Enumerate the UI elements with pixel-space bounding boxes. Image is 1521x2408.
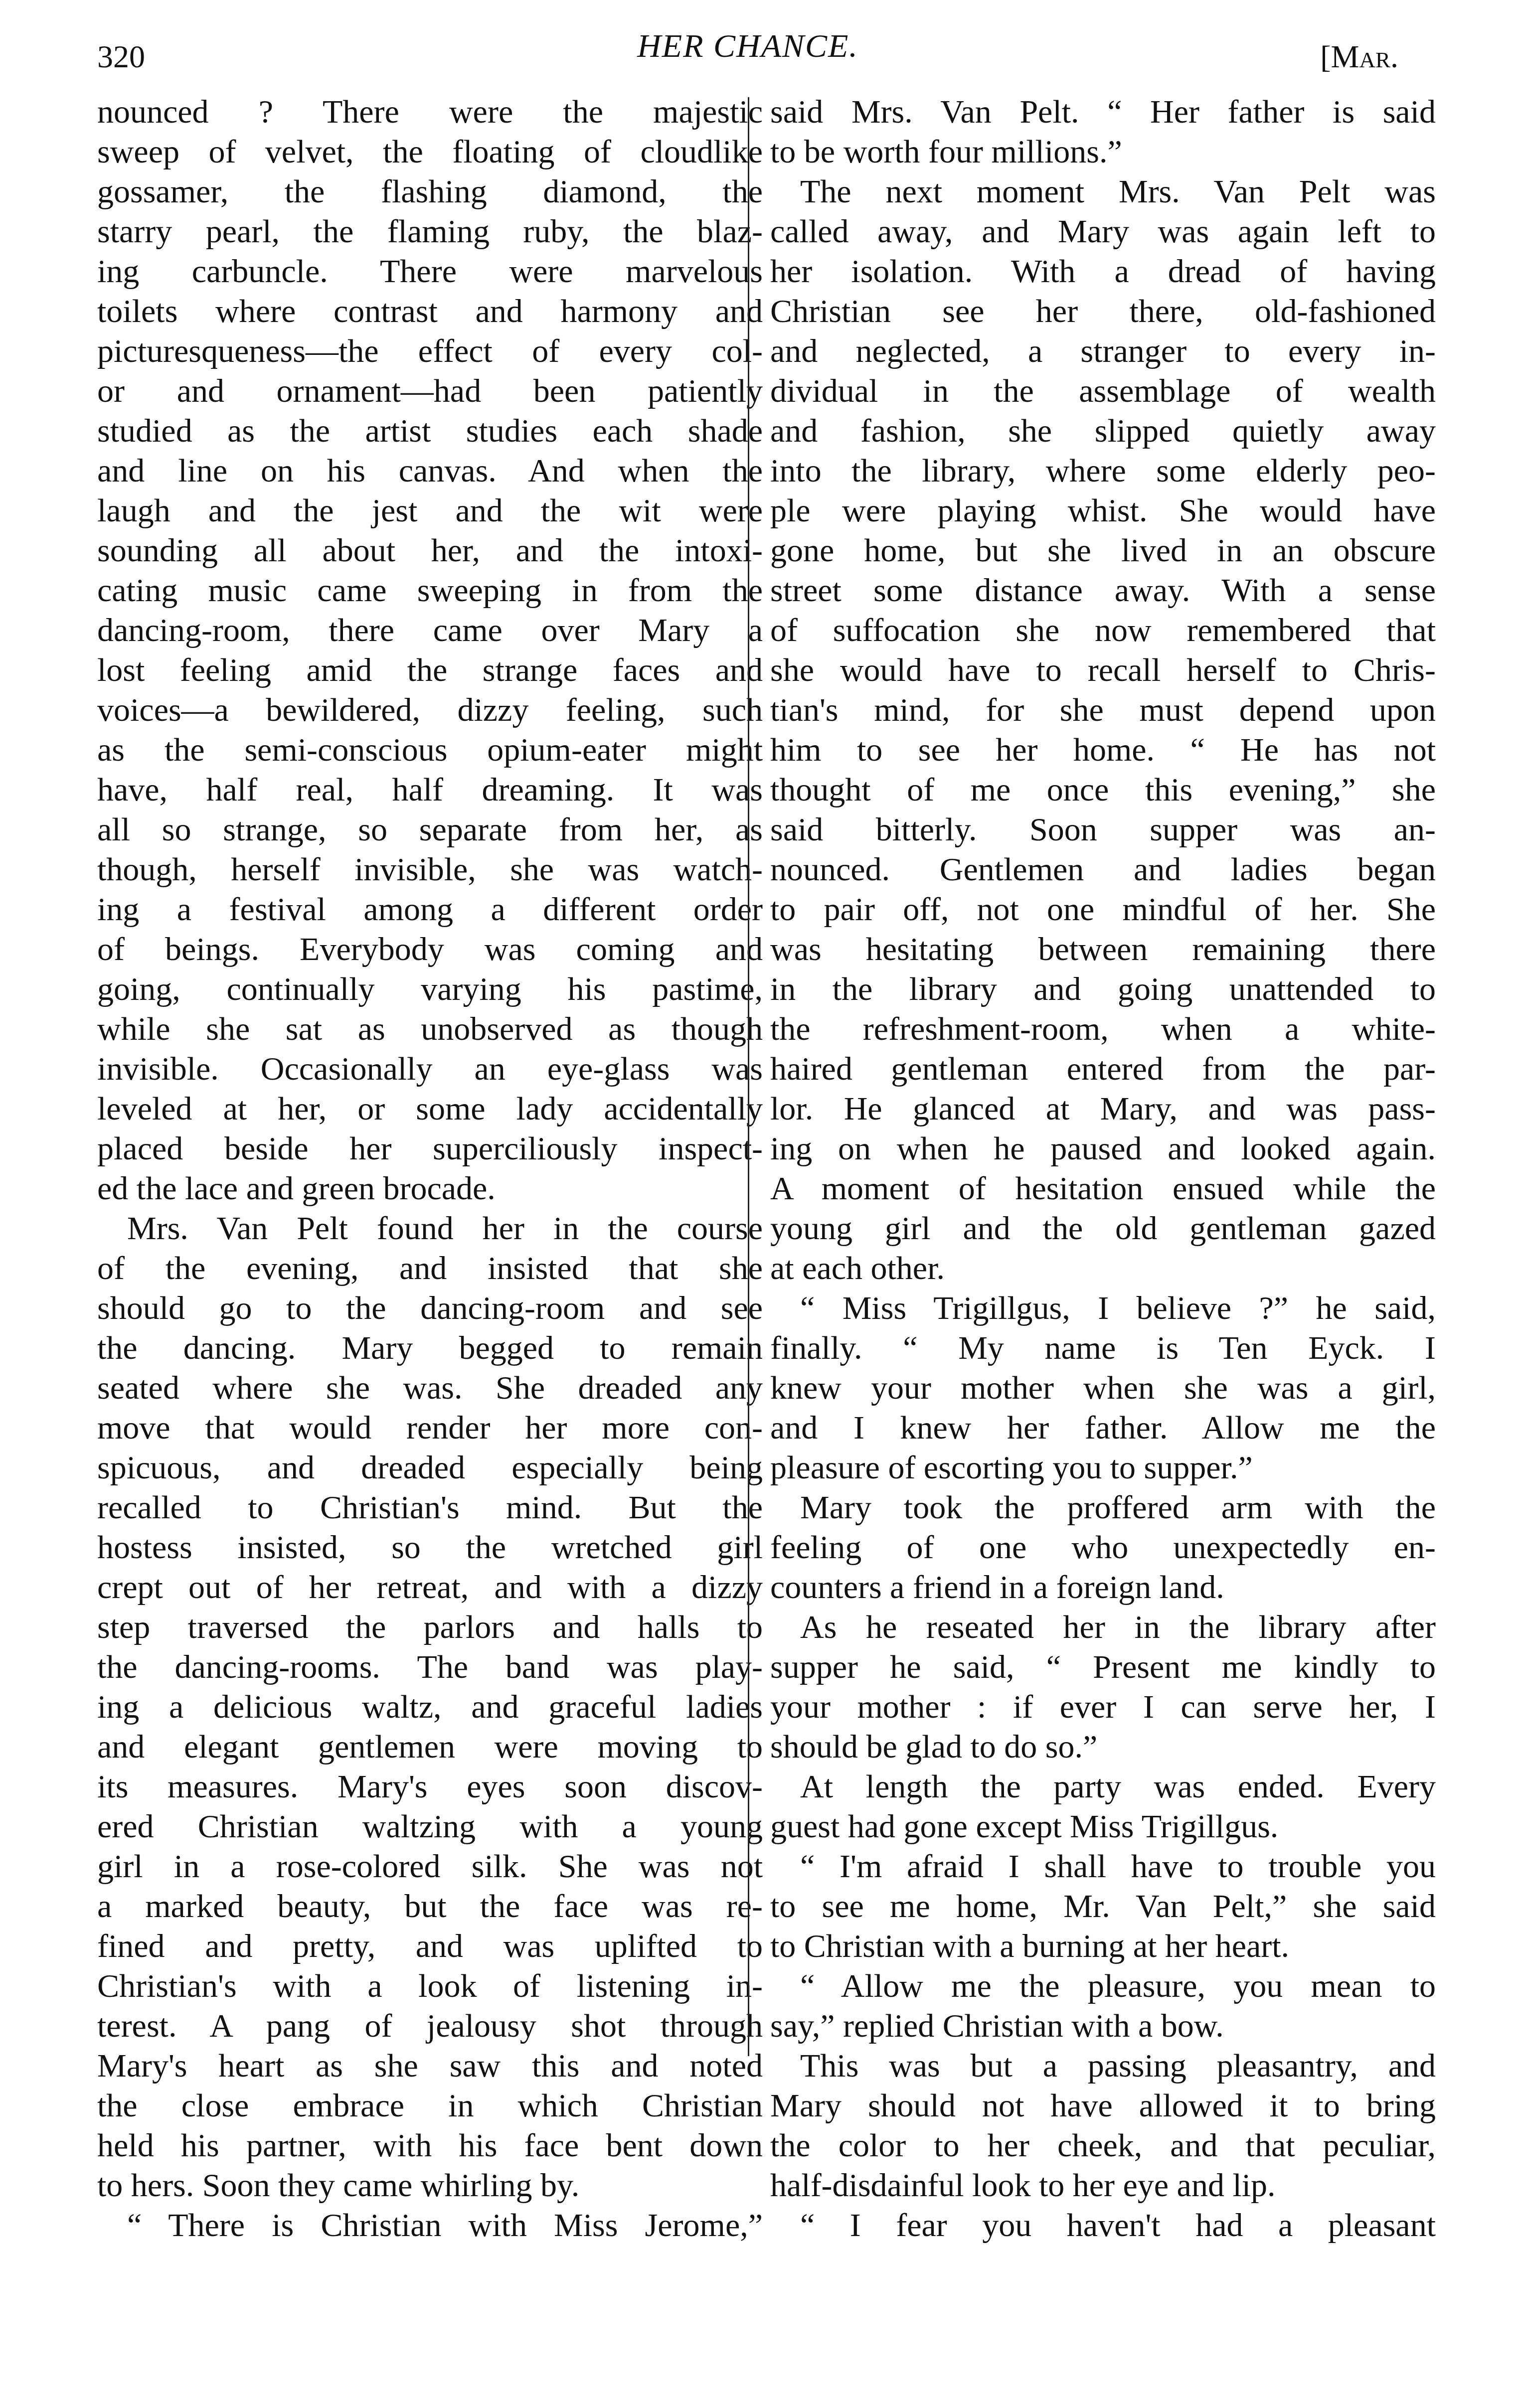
text-line: nounced ? There were the majestic: [97, 92, 763, 132]
text-line: As he reseated her in the library after: [770, 1607, 1436, 1647]
text-line: ing a festival among a different order: [97, 890, 763, 930]
text-line: Mary took the proffered arm with the: [770, 1488, 1436, 1528]
text-line: This was but a passing pleasantry, and: [770, 2046, 1436, 2086]
text-line: “ There is Christian with Miss Jerome,”: [97, 2206, 763, 2246]
running-title: HER CHANCE.: [97, 27, 1398, 65]
text-line: ing a delicious waltz, and graceful ladi…: [97, 1687, 763, 1727]
text-line: gossamer, the flashing diamond, the: [97, 172, 763, 212]
text-line: Christian's with a look of listening in-: [97, 1966, 763, 2006]
text-line: the dancing-rooms. The band was play-: [97, 1647, 763, 1687]
text-line: Mary should not have allowed it to bring: [770, 2086, 1436, 2126]
text-line: step traversed the parlors and halls to: [97, 1607, 763, 1647]
text-line: though, herself invisible, she was watch…: [97, 850, 763, 890]
text-line: tian's mind, for she must depend upon: [770, 690, 1436, 730]
text-line: “ Allow me the pleasure, you mean to: [770, 1966, 1436, 2006]
text-line: to pair off, not one mindful of her. She: [770, 890, 1436, 930]
text-line: the color to her cheek, and that peculia…: [770, 2126, 1436, 2166]
text-line: Christian see her there, old-fashioned: [770, 292, 1436, 331]
text-line: while she sat as unobserved as though: [97, 1009, 763, 1049]
text-line: gone home, but she lived in an obscure: [770, 531, 1436, 571]
text-line: At length the party was ended. Every: [770, 1767, 1436, 1807]
text-line: held his partner, with his face bent dow…: [97, 2126, 763, 2166]
text-line: of suffocation she now remembered that: [770, 611, 1436, 650]
column-divider: [748, 97, 749, 2056]
section-mark: [Mar.: [1320, 38, 1398, 75]
text-line: sounding all about her, and the intoxi-: [97, 531, 763, 571]
text-line: starry pearl, the flaming ruby, the blaz…: [97, 212, 763, 252]
text-line: should be glad to do so.”: [770, 1727, 1436, 1767]
text-line: a marked beauty, but the face was re-: [97, 1887, 763, 1926]
text-line: seated where she was. She dreaded any: [97, 1368, 763, 1408]
text-line: as the semi-conscious opium-eater might: [97, 730, 763, 770]
text-line: the dancing. Mary begged to remain: [97, 1328, 763, 1368]
right-column: said Mrs. Van Pelt. “ Her father is said…: [770, 92, 1436, 2246]
text-line: your mother : if ever I can serve her, I: [770, 1687, 1436, 1727]
text-line: leveled at her, or some lady accidentall…: [97, 1089, 763, 1129]
text-line: supper he said, “ Present me kindly to: [770, 1647, 1436, 1687]
text-line: move that would render her more con-: [97, 1408, 763, 1448]
text-line: dividual in the assemblage of wealth: [770, 371, 1436, 411]
text-line: was hesitating between remaining there: [770, 930, 1436, 969]
text-line: all so strange, so separate from her, as: [97, 810, 763, 850]
text-line: placed beside her superciliously inspect…: [97, 1129, 763, 1169]
text-line: and elegant gentlemen were moving to: [97, 1727, 763, 1767]
text-line: The next moment Mrs. Van Pelt was: [770, 172, 1436, 212]
text-line: sweep of velvet, the floating of cloudli…: [97, 132, 763, 172]
text-line: the close embrace in which Christian: [97, 2086, 763, 2126]
text-line: lost feeling amid the strange faces and: [97, 650, 763, 690]
text-line: fined and pretty, and was uplifted to: [97, 1926, 763, 1966]
text-line: of beings. Everybody was coming and: [97, 930, 763, 969]
text-line: Mary's heart as she saw this and noted: [97, 2046, 763, 2086]
text-line: recalled to Christian's mind. But the: [97, 1488, 763, 1528]
text-line: “ I'm afraid I shall have to trouble you: [770, 1847, 1436, 1887]
text-line: girl in a rose-colored silk. She was not: [97, 1847, 763, 1887]
text-line: her isolation. With a dread of having: [770, 252, 1436, 292]
text-line: nounced. Gentlemen and ladies began: [770, 850, 1436, 890]
text-line: going, continually varying his pastime,: [97, 969, 763, 1009]
text-line: voices—a bewildered, dizzy feeling, such: [97, 690, 763, 730]
text-line: invisible. Occasionally an eye-glass was: [97, 1049, 763, 1089]
text-line: guest had gone except Miss Trigillgus.: [770, 1807, 1436, 1847]
text-line: dancing-room, there came over Mary a: [97, 611, 763, 650]
text-line: toilets where contrast and harmony and: [97, 292, 763, 331]
text-line: half-disdainful look to her eye and lip.: [770, 2166, 1436, 2206]
text-line: have, half real, half dreaming. It was: [97, 770, 763, 810]
text-line: to hers. Soon they came whirling by.: [97, 2166, 763, 2206]
text-line: pleasure of escorting you to supper.”: [770, 1448, 1436, 1488]
text-line: called away, and Mary was again left to: [770, 212, 1436, 252]
text-line: ing on when he paused and looked again.: [770, 1129, 1436, 1169]
text-line: its measures. Mary's eyes soon discov-: [97, 1767, 763, 1807]
text-line: “ I fear you haven't had a pleasant: [770, 2206, 1436, 2246]
text-line: in the library and going unattended to: [770, 969, 1436, 1009]
text-line: of the evening, and insisted that she: [97, 1249, 763, 1288]
text-line: him to see her home. “ He has not: [770, 730, 1436, 770]
text-line: “ Miss Trigillgus, I believe ?” he said,: [770, 1288, 1436, 1328]
text-line: ple were playing whist. She would have: [770, 491, 1436, 531]
text-line: finally. “ My name is Ten Eyck. I: [770, 1328, 1436, 1368]
text-line: feeling of one who unexpectedly en-: [770, 1528, 1436, 1568]
left-column: nounced ? There were the majesticsweep o…: [97, 92, 763, 2246]
text-line: ing carbuncle. There were marvelous: [97, 252, 763, 292]
text-line: hostess insisted, so the wretched girl: [97, 1528, 763, 1568]
text-line: into the library, where some elderly peo…: [770, 451, 1436, 491]
text-line: to Christian with a burning at her heart…: [770, 1926, 1436, 1966]
text-line: terest. A pang of jealousy shot through: [97, 2006, 763, 2046]
text-line: and I knew her father. Allow me the: [770, 1408, 1436, 1448]
text-line: she would have to recall herself to Chri…: [770, 650, 1436, 690]
text-line: at each other.: [770, 1249, 1436, 1288]
text-line: knew your mother when she was a girl,: [770, 1368, 1436, 1408]
text-line: ed the lace and green brocade.: [97, 1169, 763, 1209]
text-line: said bitterly. Soon supper was an-: [770, 810, 1436, 850]
running-header: 320 HER CHANCE. [Mar.: [97, 27, 1398, 77]
text-line: and neglected, a stranger to every in-: [770, 331, 1436, 371]
text-line: to be worth four millions.”: [770, 132, 1436, 172]
text-line: street some distance away. With a sense: [770, 571, 1436, 611]
text-line: say,” replied Christian with a bow.: [770, 2006, 1436, 2046]
text-line: studied as the artist studies each shade: [97, 411, 763, 451]
text-line: ered Christian waltzing with a young: [97, 1807, 763, 1847]
text-line: spicuous, and dreaded especially being: [97, 1448, 763, 1488]
text-line: laugh and the jest and the wit were: [97, 491, 763, 531]
text-line: cating music came sweeping in from the: [97, 571, 763, 611]
text-line: to see me home, Mr. Van Pelt,” she said: [770, 1887, 1436, 1926]
text-line: lor. He glanced at Mary, and was pass-: [770, 1089, 1436, 1129]
text-line: counters a friend in a foreign land.: [770, 1568, 1436, 1607]
text-line: young girl and the old gentleman gazed: [770, 1209, 1436, 1249]
text-line: haired gentleman entered from the par-: [770, 1049, 1436, 1089]
text-line: should go to the dancing-room and see: [97, 1288, 763, 1328]
text-line: thought of me once this evening,” she: [770, 770, 1436, 810]
text-line: picturesqueness—the effect of every col-: [97, 331, 763, 371]
text-line: A moment of hesitation ensued while the: [770, 1169, 1436, 1209]
text-line: said Mrs. Van Pelt. “ Her father is said: [770, 92, 1436, 132]
text-line: crept out of her retreat, and with a diz…: [97, 1568, 763, 1607]
text-line: Mrs. Van Pelt found her in the course: [97, 1209, 763, 1249]
text-line: and fashion, she slipped quietly away: [770, 411, 1436, 451]
text-line: the refreshment-room, when a white-: [770, 1009, 1436, 1049]
text-line: or and ornament—had been patiently: [97, 371, 763, 411]
text-line: and line on his canvas. And when the: [97, 451, 763, 491]
